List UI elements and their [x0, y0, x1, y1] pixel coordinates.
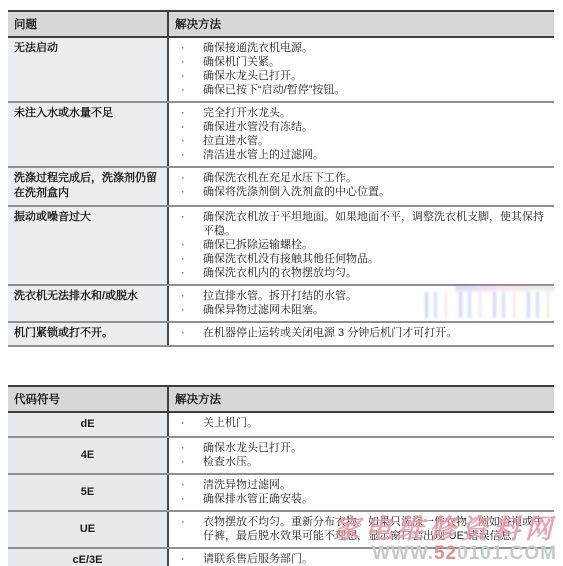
- solution-item: ·确保将洗涤剂倒入洗剂盒的中心位置。: [179, 185, 548, 199]
- solution-item: ·清洁进水管上的过滤网。: [179, 148, 548, 162]
- solution-item: ·拉直排水管。拆开打结的水管。: [179, 289, 548, 303]
- solution-text: 确保水龙头已打开。: [203, 441, 548, 455]
- bullet-icon: ·: [179, 478, 203, 492]
- problem-cell: 振动或噪音过大: [8, 206, 168, 285]
- error-code-table-body: dE·关上机门。4E·确保水龙头已打开。·检查水压。5E·清洗异物过滤网。·确保…: [8, 412, 554, 566]
- bullet-icon: ·: [179, 515, 203, 543]
- bullet-icon: ·: [179, 552, 203, 566]
- problem-cell: 无法启动: [8, 37, 168, 102]
- table-row: 无法启动·确保接通洗衣机电源。·确保机门关紧。·确保水龙头已打开。·确保已按下“…: [8, 37, 554, 102]
- solution-text: 检查水压。: [203, 455, 548, 469]
- bullet-icon: ·: [179, 148, 203, 162]
- solution-item: ·确保已按下“启动/暂停”按钮。: [179, 83, 548, 97]
- bullet-icon: ·: [179, 252, 203, 266]
- solution-item: ·检查水压。: [179, 455, 548, 469]
- table-row: 洗衣机无法排水和/或脱水·拉直排水管。拆开打结的水管。·确保异物过滤网未阻塞。: [8, 285, 554, 322]
- code-cell: cE/3E: [8, 548, 168, 566]
- bullet-icon: ·: [179, 185, 203, 199]
- solution-cell: ·确保接通洗衣机电源。·确保机门关紧。·确保水龙头已打开。·确保已按下“启动/暂…: [168, 37, 554, 102]
- solution-cell: ·请联系售后服务部门。: [168, 548, 554, 566]
- solution-text: 确保进水管没有冻结。: [203, 120, 548, 134]
- bullet-icon: ·: [179, 289, 203, 303]
- solution-text: 确保将洗涤剂倒入洗剂盒的中心位置。: [203, 185, 548, 199]
- solution-text: 在机器停止运转或关闭电源 3 分钟后机门才可打开。: [203, 326, 548, 340]
- table-row: UE·衣物摆放不均匀。重新分布衣物。如果只洗涤一件衣物，例如浴袍或牛仔裤，最后脱…: [8, 511, 554, 548]
- solution-text: 拉直进水管。: [203, 134, 548, 148]
- troubleshooting-table-body: 无法启动·确保接通洗衣机电源。·确保机门关紧。·确保水龙头已打开。·确保已按下“…: [8, 37, 554, 346]
- bullet-icon: ·: [179, 55, 203, 69]
- solution-item: ·清洗异物过滤网。: [179, 478, 548, 492]
- solution-item: ·确保已拆除运输螺栓。: [179, 238, 548, 252]
- solution-item: ·确保洗衣机放于平坦地面。如果地面不平，调整洗衣机支脚，使其保持平稳。: [179, 210, 548, 238]
- bullet-icon: ·: [179, 83, 203, 97]
- solution-text: 确保已拆除运输螺栓。: [203, 238, 548, 252]
- solution-item: ·拉直进水管。: [179, 134, 548, 148]
- solution-text: 确保洗衣机没有接触其他任何物品。: [203, 252, 548, 266]
- bullet-icon: ·: [179, 69, 203, 83]
- solution-text: 确保水龙头已打开。: [203, 69, 548, 83]
- solution-item: ·关上机门。: [179, 416, 548, 430]
- bullet-icon: ·: [179, 266, 203, 280]
- bullet-icon: ·: [179, 303, 203, 317]
- solution-item: ·确保机门关紧。: [179, 55, 548, 69]
- solution-text: 确保异物过滤网未阻塞。: [203, 303, 548, 317]
- solution-item: ·确保水龙头已打开。: [179, 69, 548, 83]
- table-row: dE·关上机门。: [8, 412, 554, 437]
- solution-item: ·确保进水管没有冻结。: [179, 120, 548, 134]
- solution-column-header: 解决方法: [168, 386, 554, 412]
- solution-text: 清洗异物过滤网。: [203, 478, 548, 492]
- code-cell: 5E: [8, 474, 168, 511]
- solution-item: ·衣物摆放不均匀。重新分布衣物。如果只洗涤一件衣物，例如浴袍或牛仔裤，最后脱水效…: [179, 515, 548, 543]
- solution-text: 确保排水管正确安装。: [203, 492, 548, 506]
- solution-text: 确保机门关紧。: [203, 55, 548, 69]
- solution-item: ·确保洗衣机内的衣物摆放均匀。: [179, 266, 548, 280]
- code-cell: UE: [8, 511, 168, 548]
- solution-cell: ·在机器停止运转或关闭电源 3 分钟后机门才可打开。: [168, 322, 554, 346]
- problem-cell: 洗涤过程完成后，洗涤剂仍留在洗剂盒内: [8, 167, 168, 206]
- bullet-icon: ·: [179, 171, 203, 185]
- solution-text: 确保洗衣机放于平坦地面。如果地面不平，调整洗衣机支脚，使其保持平稳。: [203, 210, 548, 238]
- table-header-row: 问题 解决方法: [8, 11, 554, 37]
- table-header-row: 代码符号 解决方法: [8, 386, 554, 412]
- solution-cell: ·确保洗衣机在充足水压下工作。·确保将洗涤剂倒入洗剂盒的中心位置。: [168, 167, 554, 206]
- solution-item: ·请联系售后服务部门。: [179, 552, 548, 566]
- solution-cell: ·完全打开水龙头。·确保进水管没有冻结。·拉直进水管。·清洁进水管上的过滤网。: [168, 102, 554, 167]
- solution-cell: ·清洗异物过滤网。·确保排水管正确安装。: [168, 474, 554, 511]
- bullet-icon: ·: [179, 326, 203, 340]
- table-row: cE/3E·请联系售后服务部门。: [8, 548, 554, 566]
- solution-text: 清洁进水管上的过滤网。: [203, 148, 548, 162]
- solution-item: ·确保接通洗衣机电源。: [179, 41, 548, 55]
- bullet-icon: ·: [179, 441, 203, 455]
- solution-item: ·确保水龙头已打开。: [179, 441, 548, 455]
- table-row: 洗涤过程完成后，洗涤剂仍留在洗剂盒内·确保洗衣机在充足水压下工作。·确保将洗涤剂…: [8, 167, 554, 206]
- table-row: 5E·清洗异物过滤网。·确保排水管正确安装。: [8, 474, 554, 511]
- solution-cell: ·关上机门。: [168, 412, 554, 437]
- solution-item: ·确保洗衣机在充足水压下工作。: [179, 171, 548, 185]
- solution-column-header: 解决方法: [168, 11, 554, 37]
- solution-text: 确保已按下“启动/暂停”按钮。: [203, 83, 548, 97]
- table-row: 振动或噪音过大·确保洗衣机放于平坦地面。如果地面不平，调整洗衣机支脚，使其保持平…: [8, 206, 554, 285]
- bullet-icon: ·: [179, 210, 203, 238]
- problem-cell: 洗衣机无法排水和/或脱水: [8, 285, 168, 322]
- solution-item: ·确保洗衣机没有接触其他任何物品。: [179, 252, 548, 266]
- solution-item: ·在机器停止运转或关闭电源 3 分钟后机门才可打开。: [179, 326, 548, 340]
- solution-text: 确保接通洗衣机电源。: [203, 41, 548, 55]
- solution-item: ·确保排水管正确安装。: [179, 492, 548, 506]
- solution-text: 确保洗衣机内的衣物摆放均匀。: [203, 266, 548, 280]
- solution-text: 衣物摆放不均匀。重新分布衣物。如果只洗涤一件衣物，例如浴袍或牛仔裤，最后脱水效果…: [203, 515, 548, 543]
- error-code-table: 代码符号 解决方法 dE·关上机门。4E·确保水龙头已打开。·检查水压。5E·清…: [8, 385, 554, 566]
- bullet-icon: ·: [179, 455, 203, 469]
- bullet-icon: ·: [179, 134, 203, 148]
- document-page: 问题 解决方法 无法启动·确保接通洗衣机电源。·确保机门关紧。·确保水龙头已打开…: [0, 0, 563, 566]
- bullet-icon: ·: [179, 416, 203, 430]
- code-cell: dE: [8, 412, 168, 437]
- solution-cell: ·确保洗衣机放于平坦地面。如果地面不平，调整洗衣机支脚，使其保持平稳。·确保已拆…: [168, 206, 554, 285]
- solution-cell: ·确保水龙头已打开。·检查水压。: [168, 437, 554, 474]
- problem-cell: 机门紧锁或打不开。: [8, 322, 168, 346]
- solution-item: ·完全打开水龙头。: [179, 106, 548, 120]
- table-row: 4E·确保水龙头已打开。·检查水压。: [8, 437, 554, 474]
- problem-cell: 未注入水或水量不足: [8, 102, 168, 167]
- bullet-icon: ·: [179, 238, 203, 252]
- solution-text: 关上机门。: [203, 416, 548, 430]
- bullet-icon: ·: [179, 106, 203, 120]
- troubleshooting-table: 问题 解决方法 无法启动·确保接通洗衣机电源。·确保机门关紧。·确保水龙头已打开…: [8, 10, 554, 347]
- solution-cell: ·拉直排水管。拆开打结的水管。·确保异物过滤网未阻塞。: [168, 285, 554, 322]
- solution-text: 确保洗衣机在充足水压下工作。: [203, 171, 548, 185]
- solution-cell: ·衣物摆放不均匀。重新分布衣物。如果只洗涤一件衣物，例如浴袍或牛仔裤，最后脱水效…: [168, 511, 554, 548]
- table-row: 未注入水或水量不足·完全打开水龙头。·确保进水管没有冻结。·拉直进水管。·清洁进…: [8, 102, 554, 167]
- bullet-icon: ·: [179, 492, 203, 506]
- bullet-icon: ·: [179, 120, 203, 134]
- solution-item: ·确保异物过滤网未阻塞。: [179, 303, 548, 317]
- bullet-icon: ·: [179, 41, 203, 55]
- solution-text: 请联系售后服务部门。: [203, 552, 548, 566]
- code-cell: 4E: [8, 437, 168, 474]
- problem-column-header: 问题: [8, 11, 168, 37]
- solution-text: 完全打开水龙头。: [203, 106, 548, 120]
- table-row: 机门紧锁或打不开。·在机器停止运转或关闭电源 3 分钟后机门才可打开。: [8, 322, 554, 346]
- code-column-header: 代码符号: [8, 386, 168, 412]
- solution-text: 拉直排水管。拆开打结的水管。: [203, 289, 548, 303]
